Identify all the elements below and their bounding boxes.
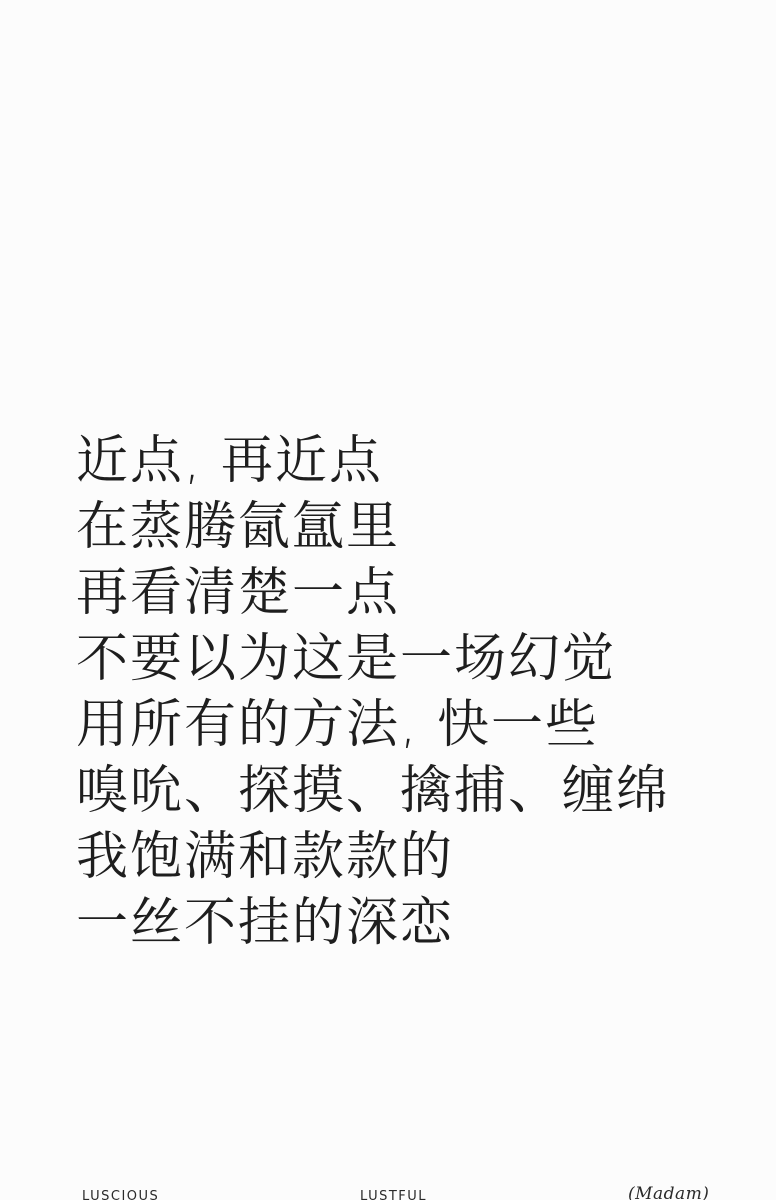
poem-line-2: 在蒸腾氤氲里 — [76, 494, 670, 560]
poem-line-3: 再看清楚一点 — [76, 560, 670, 626]
footer-right-label: (Madam) — [628, 1184, 709, 1200]
poster-page: 近点, 再近点 在蒸腾氤氲里 再看清楚一点 不要以为这是一场幻觉 用所有的方法,… — [0, 0, 776, 1200]
poem-line-4: 不要以为这是一场幻觉 — [76, 626, 670, 692]
poem-line-1: 近点, 再近点 — [76, 428, 670, 494]
poem-line-6: 嗅吮、探摸、擒捕、缠绵 — [76, 758, 670, 824]
poem-line-5: 用所有的方法, 快一些 — [76, 692, 670, 758]
poem-block: 近点, 再近点 在蒸腾氤氲里 再看清楚一点 不要以为这是一场幻觉 用所有的方法,… — [76, 428, 670, 956]
poem-line-8: 一丝不挂的深恋 — [76, 890, 670, 956]
footer-left-label: LUSCIOUS — [82, 1189, 159, 1200]
footer-center-label: LUSTFUL — [360, 1189, 427, 1200]
poem-line-7: 我饱满和款款的 — [76, 824, 670, 890]
